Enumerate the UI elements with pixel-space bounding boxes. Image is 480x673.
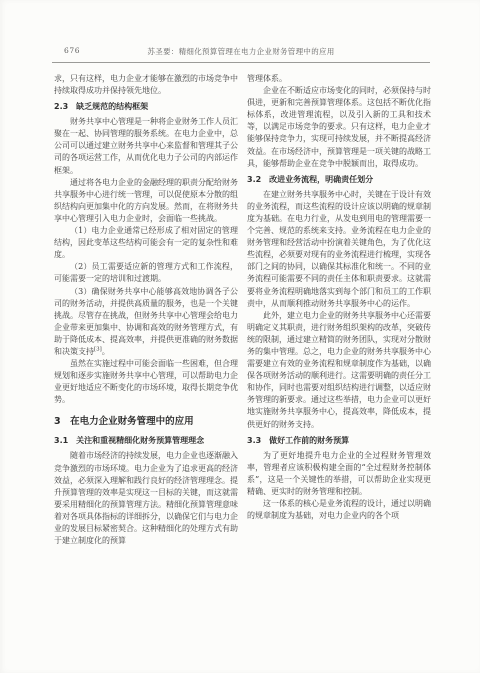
text-run: 为了更好地提升电力企业的全过程财务管理效率，管理者应该积极构建全面的“全过程财务…: [247, 451, 431, 496]
subsection-heading: 3.3 做好工作前的财务预算: [247, 435, 431, 447]
text-run: 在建立财务共享服务中心时，关键在于设计有效的业务流程，而这些流程的设计应该以明确…: [247, 190, 431, 308]
paragraph: 财务共享中心管理是一种将企业财务工作人员汇聚在一起、协同管理的服务系统。在电力企…: [54, 116, 238, 176]
header-rule: [52, 62, 430, 63]
text-run: 企业在不断适应市场变化的同时，必须保持与时俱进，更新和完善预算管理体系。这包括不…: [247, 86, 431, 168]
text-run: 此外，建立电力企业的财务共享服务中心还需要明确定义其职责，进行财务组织架构的改革…: [247, 311, 431, 429]
paragraph: 在建立财务共享服务中心时，关键在于设计有效的业务流程，而这些流程的设计应该以明确…: [247, 189, 431, 310]
paragraph: 管理体系。: [247, 73, 431, 85]
subsection-heading: 3.1 关注和重视精细化财务预算管理理念: [54, 435, 238, 447]
text-run: 3.3 做好工作前的财务预算: [247, 436, 349, 445]
paragraph: 虽然在实施过程中可能会面临一些困难，但合理规划和逐步实施财务共享中心管理，可以帮…: [54, 358, 238, 406]
text-run: 3.2 改进业务流程，明确责任划分: [247, 175, 373, 184]
text-run: （1）电力企业通常已经形成了相对固定的管理结构，因此变革这些结构可能会有一定的复…: [54, 226, 238, 259]
text-run: 求，只有这样，电力企业才能够在激烈的市场竞争中持续取得成功并保持领先地位。: [54, 74, 238, 95]
citation-superscript: [3]: [94, 346, 102, 352]
text-run: 。: [102, 347, 110, 356]
paragraph: 此外，建立电力企业的财务共享服务中心还需要明确定义其职责，进行财务组织架构的改革…: [247, 310, 431, 431]
paragraph: 随着市场经济的持续发展，电力企业也逐渐融入竞争激烈的市场环境。电力企业为了追求更…: [54, 450, 238, 547]
paragraph: 这一体系的核心是业务流程的设计，通过以明确的规章制度为基础，对电力企业内的各个项: [247, 498, 431, 522]
paper-page: 676 苏圣要：精细化预算管理在电力企业财务管理中的应用 求，只有这样，电力企业…: [0, 0, 480, 673]
paragraph: 通过将各电力企业的金融经理的职责分配给财务共享服务中心进行统一管理，可以促使原本…: [54, 177, 238, 225]
text-run: 这一体系的核心是业务流程的设计，通过以明确的规章制度为基础，对电力企业内的各个项: [247, 499, 431, 520]
paragraph: 企业在不断适应市场变化的同时，必须保持与时俱进，更新和完善预算管理体系。这包括不…: [247, 85, 431, 170]
subsection-heading: 3.2 改进业务流程，明确责任划分: [247, 174, 431, 186]
column-left: 求，只有这样，电力企业才能够在激烈的市场竞争中持续取得成功并保持领先地位。2.3…: [54, 73, 238, 547]
subsection-heading: 2.3 缺乏规范的结构框架: [54, 101, 238, 113]
paragraph: （1）电力企业通常已经形成了相对固定的管理结构，因此变革这些结构可能会有一定的复…: [54, 225, 238, 261]
text-run: 财务共享中心管理是一种将企业财务工作人员汇聚在一起、协同管理的服务系统。在电力企…: [54, 117, 238, 174]
paragraph: （3）确保财务共享中心能够高效地协调各子公司的财务活动，并提供高质量的服务，也是…: [54, 286, 238, 359]
section-heading: 3 在电力企业财务管理中的应用: [54, 415, 238, 428]
page-header: 676 苏圣要：精细化预算管理在电力企业财务管理中的应用: [52, 46, 430, 58]
text-run: 虽然在实施过程中可能会面临一些困难，但合理规划和逐步实施财务共享中心管理，可以帮…: [54, 359, 238, 404]
column-right: 管理体系。企业在不断适应市场变化的同时，必须保持与时俱进，更新和完善预算管理体系…: [247, 73, 431, 522]
text-run: （2）员工需要适应新的管理方式和工作流程，可能需要一定的培训和过渡期。: [54, 262, 238, 283]
paragraph: 为了更好地提升电力企业的全过程财务管理效率，管理者应该积极构建全面的“全过程财务…: [247, 450, 431, 498]
text-run: 随着市场经济的持续发展，电力企业也逐渐融入竞争激烈的市场环境。电力企业为了追求更…: [54, 451, 238, 545]
running-title: 苏圣要：精细化预算管理在电力企业财务管理中的应用: [52, 46, 430, 57]
text-run: 3.1 关注和重视精细化财务预算管理理念: [54, 436, 204, 445]
text-run: 管理体系。: [247, 74, 287, 83]
paragraph: 求，只有这样，电力企业才能够在激烈的市场竞争中持续取得成功并保持领先地位。: [54, 73, 238, 97]
text-run: 3 在电力企业财务管理中的应用: [54, 416, 194, 427]
text-run: 2.3 缺乏规范的结构框架: [54, 102, 148, 111]
paragraph: （2）员工需要适应新的管理方式和工作流程，可能需要一定的培训和过渡期。: [54, 261, 238, 285]
text-run: 通过将各电力企业的金融经理的职责分配给财务共享服务中心进行统一管理，可以促使原本…: [54, 178, 238, 223]
text-run: （3）确保财务共享中心能够高效地协调各子公司的财务活动，并提供高质量的服务，也是…: [54, 287, 238, 356]
